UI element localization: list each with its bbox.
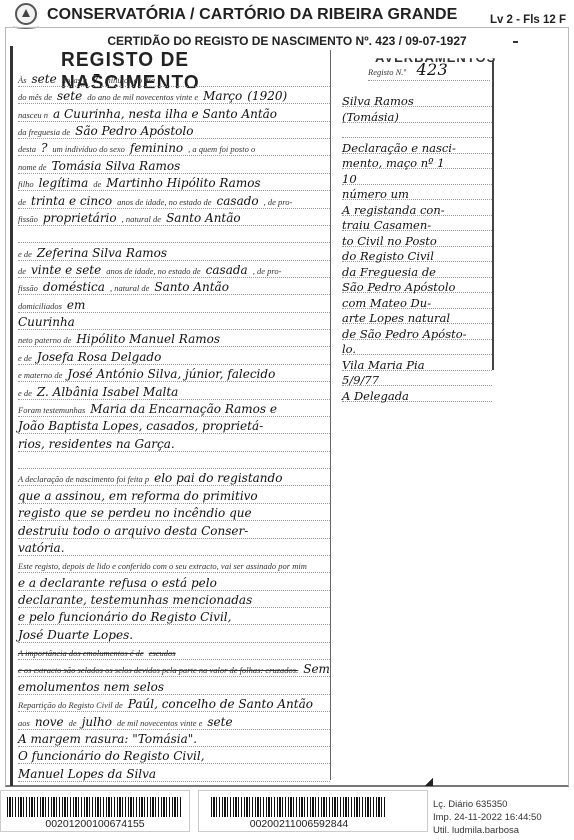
printed-label: anos de idade, no estado de <box>117 197 211 207</box>
form-row: e deZeferina Silva Ramos <box>18 244 330 261</box>
handwritten-entry: José António Silva, júnior, falecido <box>67 367 275 381</box>
averbamento-text: (Tomásia) <box>342 110 399 124</box>
printed-label: fissão <box>18 283 38 293</box>
handwritten-entry: 7 <box>92 72 100 86</box>
averbamento-line: (Tomásia) <box>342 108 492 123</box>
coat-of-arms-icon <box>15 3 37 25</box>
printed-label: domiciliados <box>18 301 62 311</box>
document-header: CONSERVATÓRIA / CARTÓRIO DA RIBEIRA GRAN… <box>0 0 574 30</box>
printed-label: de <box>69 718 77 728</box>
handwritten-entry: em <box>67 298 85 312</box>
form-row <box>18 452 330 469</box>
form-row: destruiu todo o arquivo desta Conser- <box>18 522 330 539</box>
printed-label: A declaração de nascimento foi feita p <box>18 474 149 484</box>
averbamento-line: A Delegada <box>342 387 492 402</box>
handwritten-entry: Zeferina Silva Ramos <box>37 246 167 260</box>
printed-label: fissão <box>18 214 38 224</box>
handwritten-entry: Josefa Rosa Delgado <box>37 350 161 364</box>
handwritten-entry: Santo Antão <box>154 280 229 294</box>
handwritten-entry: Paúl, concelho de Santo Antão <box>128 697 313 711</box>
averbamento-line: São Pedro Apóstolo <box>342 278 492 293</box>
handwritten-entry: sete <box>32 72 57 86</box>
handwritten-entry: doméstica <box>43 280 105 294</box>
form-row: Manuel Lopes da Silva <box>18 765 330 782</box>
averbamento-text: 5/9/77 <box>342 373 379 387</box>
printed-label: , a quem foi posto o <box>188 144 255 154</box>
printed-label: , natural de <box>110 283 149 293</box>
printed-label: do ano de mil novecentos vinte e <box>87 92 198 102</box>
averbamento-text: A Delegada <box>342 389 409 403</box>
handwritten-entry: Cuurinha <box>18 315 75 329</box>
form-row: neto paterno deHipólito Manuel Ramos <box>18 330 330 347</box>
handwritten-entry: vinte e sete <box>31 263 101 277</box>
form-row: A declaração de nascimento foi feita pel… <box>18 469 330 486</box>
registo-number-line: Registo N.º 423 <box>368 60 490 81</box>
handwritten-entry: destruiu todo o arquivo desta Conser- <box>18 524 248 538</box>
averbamento-text: Silva Ramos <box>342 94 414 108</box>
form-row: registo que se perdeu no incêndio que <box>18 504 330 521</box>
handwritten-entry: feminino <box>130 141 183 155</box>
averbamento-text: arte Lopes natural <box>342 311 450 325</box>
averbamento-line: lo. <box>342 340 492 355</box>
averbamento-line: de São Pedro Apósto- <box>342 325 492 340</box>
handwritten-entry: Manuel Lopes da Silva <box>18 767 156 781</box>
barcode-bars <box>7 797 183 817</box>
handwritten-entry: rios, residentes na Garça. <box>18 437 175 451</box>
printed-label: A importância dos emolumentos é de <box>18 648 144 658</box>
print-metadata: Lç. Diário 635350 Imp. 24-11-2022 16:44:… <box>433 798 542 837</box>
form-row: Repartição do Registo Civil dePaúl, conc… <box>18 695 330 712</box>
averbamento-line: número um <box>342 185 492 200</box>
printed-label: escudos <box>149 648 176 658</box>
form-row: e deJosefa Rosa Delgado <box>18 348 330 365</box>
form-row: A margem rasura: "Tomásia". <box>18 730 330 747</box>
averbamento-line: Declaração e nasci- <box>342 139 492 154</box>
handwritten-entry: legítima <box>39 176 89 190</box>
handwritten-entry: ? <box>41 141 47 155</box>
printed-label: neto paterno de <box>18 335 71 345</box>
page-corner-mark <box>425 778 433 786</box>
printed-label: de mil novecentos vinte e <box>117 718 202 728</box>
barcode-2-number: 00200211006592844 <box>199 818 399 830</box>
handwritten-entry: a Cuurinha, nesta ilha e Santo Antão <box>53 107 277 121</box>
form-row: fissãodoméstica, natural deSanto Antão <box>18 278 330 295</box>
averbamento-line: mento, maço nº 1 <box>342 154 492 169</box>
averbamento-line: Vila Maria Pia <box>342 356 492 371</box>
handwritten-entry: emolumentos nem selos <box>18 680 164 694</box>
averbamento-text: do Registo Civil <box>342 249 434 263</box>
averbamento-line: da Freguesia de <box>342 263 492 278</box>
form-row: Cuurinha <box>18 313 330 330</box>
form-row: declarante, testemunhas mencionadas <box>18 591 330 608</box>
averbamento-line: Silva Ramos <box>342 92 492 107</box>
averbamento-text: to Civil no Posto <box>342 234 437 248</box>
handwritten-entry: que a assinou, em reforma do primitivo <box>18 489 258 503</box>
form-row: e pelo funcionário do Registo Civil, <box>18 608 330 625</box>
form-row: e os extracto são selados os selos devid… <box>18 660 330 677</box>
handwritten-entry: proprietário <box>43 211 117 225</box>
handwritten-entry: Tomásia Silva Ramos <box>52 159 181 173</box>
printed-label: de <box>18 197 26 207</box>
averbamento-line: to Civil no Posto <box>342 232 492 247</box>
form-row: que a assinou, em reforma do primitivo <box>18 487 330 504</box>
registo-number: 423 <box>417 60 448 79</box>
averbamento-text: A registanda con- <box>342 203 445 217</box>
form-row: Àssetehoras e7minutos do dia <box>18 70 330 87</box>
averbamento-text: Declaração e nasci- <box>342 141 456 155</box>
printed-label: desta <box>18 144 36 154</box>
printed-label: da freguesia de <box>18 127 70 137</box>
averbamento-text: com Mateo Du- <box>342 296 431 310</box>
barcode-2: 00200211006592844 <box>198 790 428 832</box>
printed-label: filho <box>18 179 34 189</box>
handwritten-entry: e a declarante refusa o está pelo <box>18 576 217 590</box>
printed-label: e de <box>18 388 32 398</box>
handwritten-entry: Hipólito Manuel Ramos <box>76 332 220 346</box>
form-row: nasceu na Cuurinha, nesta ilha e Santo A… <box>18 105 330 122</box>
printed-label: nome de <box>18 162 47 172</box>
handwritten-entry: e pelo funcionário do Registo Civil, <box>18 610 231 624</box>
averbamento-text: São Pedro Apóstolo <box>342 280 455 294</box>
handwritten-entry: Z. Albânia Isabel Malta <box>37 385 178 399</box>
form-row: A importância dos emolumentos é deescudo… <box>18 643 330 660</box>
column-divider <box>330 50 331 780</box>
averbamento-text: número um <box>342 187 409 201</box>
organization-name: CONSERVATÓRIA / CARTÓRIO DA RIBEIRA GRAN… <box>47 6 457 24</box>
averbamento-line: 10 <box>342 170 492 185</box>
printed-label: anos de idade, no estado de <box>106 266 200 276</box>
handwritten-entry: O funcionário do Registo Civil, <box>18 749 205 763</box>
handwritten-entry: casada <box>206 263 248 277</box>
form-row: desta?um indivíduo do sexofeminino, a qu… <box>18 139 330 156</box>
averbamento-text: 10 <box>342 172 357 186</box>
printed-label: Às <box>18 75 27 85</box>
printed-label: do mês de <box>18 92 52 102</box>
printed-label: , de pro- <box>264 197 293 207</box>
averbamento-text: Vila Maria Pia <box>342 358 425 372</box>
printed-label: nasceu n <box>18 110 48 120</box>
averbamento-line: do Registo Civil <box>342 247 492 262</box>
form-row: José Duarte Lopes. <box>18 626 330 643</box>
averbamento-text: lo. <box>342 342 356 356</box>
printed-label: e materno de <box>18 370 62 380</box>
side-column-border <box>492 60 494 370</box>
barcode-1-number: 00201200100674155 <box>1 818 189 830</box>
printed-label: e os extracto são selados os selos devid… <box>18 665 298 675</box>
form-row: detrinta e cincoanos de idade, no estado… <box>18 192 330 209</box>
printed-label: aos <box>18 718 30 728</box>
handwritten-entry: Martinho Hipólito Ramos <box>106 176 260 190</box>
folio-reference: Lv 2 - Fls 12 F <box>490 14 566 26</box>
handwritten-entry: São Pedro Apóstolo <box>75 124 193 138</box>
printed-label: Repartição do Registo Civil de <box>18 700 123 710</box>
handwritten-entry: sete <box>57 89 82 103</box>
handwritten-entry: José Duarte Lopes. <box>18 628 133 642</box>
averbamento-line: com Mateo Du- <box>342 294 492 309</box>
handwritten-entry: Sem <box>303 662 330 676</box>
form-row: vatória. <box>18 539 330 556</box>
averbamento-text: de São Pedro Apósto- <box>342 327 467 341</box>
handwritten-entry: elo pai do registando <box>154 471 282 485</box>
handwritten-entry: vatória. <box>18 541 65 555</box>
form-row: e deZ. Albânia Isabel Malta <box>18 383 330 400</box>
averbamento-text: mento, maço nº 1 <box>342 156 445 170</box>
printed-label: de <box>18 266 26 276</box>
form-row: Foram testemunhasMaria da Encarnação Ram… <box>18 400 330 417</box>
printed-label: de <box>93 179 101 189</box>
handwritten-entry: sete <box>207 715 232 729</box>
form-row: Este registo, depois de lido e conferido… <box>18 556 330 573</box>
printed-label: e de <box>18 353 32 363</box>
form-row: emolumentos nem selos <box>18 678 330 695</box>
handwritten-entry: Março <box>203 89 242 103</box>
printed-label: Foram testemunhas <box>18 405 85 415</box>
form-row: filholegítimadeMartinho Hipólito Ramos <box>18 174 330 191</box>
printed-label: horas e <box>62 75 87 85</box>
form-row: João Baptista Lopes, casados, proprietá- <box>18 417 330 434</box>
handwritten-entry: declarante, testemunhas mencionadas <box>18 593 252 607</box>
printed-label: Este registo, depois de lido e conferido… <box>18 561 307 571</box>
printed-label: e de <box>18 249 32 259</box>
handwritten-entry: A margem rasura: "Tomásia". <box>18 732 197 746</box>
form-row: nome deTomásia Silva Ramos <box>18 157 330 174</box>
form-row: e a declarante refusa o está pelo <box>18 574 330 591</box>
averbamento-line: traiu Casamen- <box>342 216 492 231</box>
barcode-1: 00201200100674155 <box>0 790 190 832</box>
form-row: e materno deJosé António Silva, júnior, … <box>18 365 330 382</box>
handwritten-entry: julho <box>82 715 112 729</box>
form-row: rios, residentes na Garça. <box>18 435 330 452</box>
form-row: devinte e seteanos de idade, no estado d… <box>18 261 330 278</box>
handwritten-entry: Maria da Encarnação Ramos e <box>90 402 277 416</box>
averbamento-text: da Freguesia de <box>342 265 436 279</box>
averbamento-text: traiu Casamen- <box>342 218 431 232</box>
handwritten-entry: João Baptista Lopes, casados, proprietá- <box>18 419 263 433</box>
mark <box>513 41 518 43</box>
diario-number: Lç. Diário 635350 <box>433 798 542 811</box>
form-row: do mês desetedo ano de mil novecentos vi… <box>18 87 330 104</box>
form-row: domiciliadosem <box>18 296 330 313</box>
print-user: Util. ludmila.barbosa <box>433 824 542 837</box>
print-timestamp: Imp. 24-11-2022 16:44:50 <box>433 811 542 824</box>
handwritten-entry: casado <box>217 194 259 208</box>
handwritten-entry: trinta e cinco <box>31 194 112 208</box>
form-row: da freguesia deSão Pedro Apóstolo <box>18 122 330 139</box>
handwritten-entry: Santo Antão <box>166 211 241 225</box>
printed-label: , de pro- <box>253 266 282 276</box>
printed-label: um indivíduo do sexo <box>52 144 124 154</box>
handwritten-entry: registo que se perdeu no incêndio que <box>18 506 252 520</box>
printed-label: , natural de <box>122 214 161 224</box>
handwritten-entry: nove <box>35 715 64 729</box>
form-row: O funcionário do Registo Civil, <box>18 747 330 764</box>
form-row <box>18 226 330 243</box>
averbamento-line <box>342 123 492 138</box>
printed-label: minutos do dia <box>105 75 156 85</box>
averbamento-line: A registanda con- <box>342 201 492 216</box>
averbamento-line: 5/9/77 <box>342 371 492 386</box>
form-row: fissãoproprietário, natural deSanto Antã… <box>18 209 330 226</box>
handwritten-entry: (1920) <box>247 89 287 103</box>
averbamento-line: arte Lopes natural <box>342 309 492 324</box>
form-row: aosnovedejulhode mil novecentos vinte es… <box>18 713 330 730</box>
barcode-bars <box>211 797 387 817</box>
